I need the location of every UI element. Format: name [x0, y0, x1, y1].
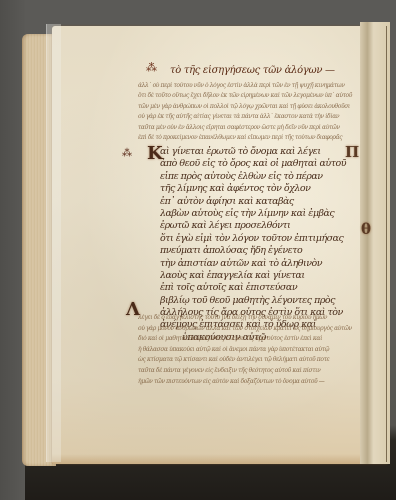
text-line: ὅτι ἐγὼ εἰμὶ τὸν λόγον τοῦτον ἐπιτιμήσας [160, 233, 350, 245]
commentary-bottom: λέγει δὲ ὁ εὐαγγελιστὴς τοῦτο ἵνα δείξῃ … [138, 314, 363, 388]
commentary-line: οὐ γὰρ ἐκ τῆς αὐτῆς αἰτίας γίνεται τὰ πά… [138, 113, 363, 122]
commentary-line: οὐ γὰρ μόνον ἀνθρώπων ἀλλὰ καὶ τῶν στοιχ… [138, 325, 363, 336]
text-line: ἐρωτῶ καὶ λέγει προσελθόντι [160, 220, 350, 232]
text-line: ἐπὶ τοῖς αὐτοῖς καὶ ἐπιστεύσαν [160, 282, 350, 294]
commentary-line: ἡμῶν τῶν πιστευόντων εἰς αὐτὸν καὶ δοξαζ… [138, 378, 363, 389]
commentary-line: τῶν μὲν γὰρ ἀνθρώπων οἱ πολλοὶ τῷ λόγῳ χ… [138, 103, 363, 112]
text-line: αὶ γίνεται ἐρωτῶ τὸ ὄνομα καὶ λέγει [160, 146, 350, 158]
text-line: πνεύματι ἀπολύσας ἤδη ἐγένετο [160, 245, 350, 257]
text-line: τὴν ἀπιστίαν αὐτῶν καὶ τὸ ἀληθινὸν [160, 258, 350, 270]
text-line: λαοὺς καὶ ἐπαγγελία καὶ γίνεται [160, 270, 350, 282]
commentary-line: ἡ θάλασσα ὑπακούει αὐτῷ καὶ οἱ ἄνεμοι πά… [138, 346, 363, 357]
commentary-top: ἀλλ᾽ οὐ περὶ τούτου νῦν ὁ λόγος ἐστὶν ἀλ… [138, 82, 363, 144]
margin-ornament: ⁂ [122, 148, 132, 159]
text-line: τῆς λίμνης καὶ ἀφέντος τὸν ὄχλον [160, 183, 350, 195]
text-line: βιβλίῳ τοῦ θεοῦ μαθητὴς λέγοντες πρὸς [160, 295, 350, 307]
text-line: ἀπὸ θεοῦ εἰς τὸ ὄρος καὶ οἱ μαθηταὶ αὐτο… [160, 158, 350, 170]
gutter-fold-line [386, 26, 387, 462]
heading-ornament: ⁂ [146, 61, 157, 74]
text-line: εἶπε πρὸς αὐτοὺς ἐλθὼν εἰς τὸ πέραν [160, 171, 350, 183]
commentary-line: διὸ καὶ οἱ μαθηταὶ θαυμάζοντες ἔλεγον τί… [138, 335, 363, 346]
commentary-line: ἀλλ᾽ οὐ περὶ τούτου νῦν ὁ λόγος ἐστὶν ἀλ… [138, 82, 363, 91]
margin-letter-theta: θ [361, 220, 371, 238]
guard-strip [46, 24, 61, 462]
commentary-line: ἐπὶ δὲ τὸ προκείμενον ἐπανέλθωμεν καὶ εἴ… [138, 134, 363, 143]
heading: τὸ τῆς εἰσηγήσεως τῶν ἀλόγων — [170, 65, 347, 77]
commentary-line: ταῦτα μὲν οὖν ἐν ἄλλοις εἴρηται σαφέστερ… [138, 124, 363, 133]
commentary-line: ὅτι δὲ τοῦτο οὕτως ἔχει δῆλον ἐκ τῶν εἰρ… [138, 92, 363, 101]
commentary-line: λέγει δὲ ὁ εὐαγγελιστὴς τοῦτο ἵνα δείξῃ … [138, 314, 363, 325]
commentary-line: ὡς κτίσματα τῷ κτίσαντι καὶ οὐδὲν ἀντιλέ… [138, 356, 363, 367]
text-line: ἐπ᾽ αὐτὸν ἀφίησι καὶ καταβὰς [160, 196, 350, 208]
commentary-line: ταῦτα δὲ πάντα γέγονεν εἰς ἔνδειξιν τῆς … [138, 367, 363, 378]
text-line: λαβὼν αὐτοὺς εἰς τὴν λίμνην καὶ ἐμβὰς [160, 208, 350, 220]
